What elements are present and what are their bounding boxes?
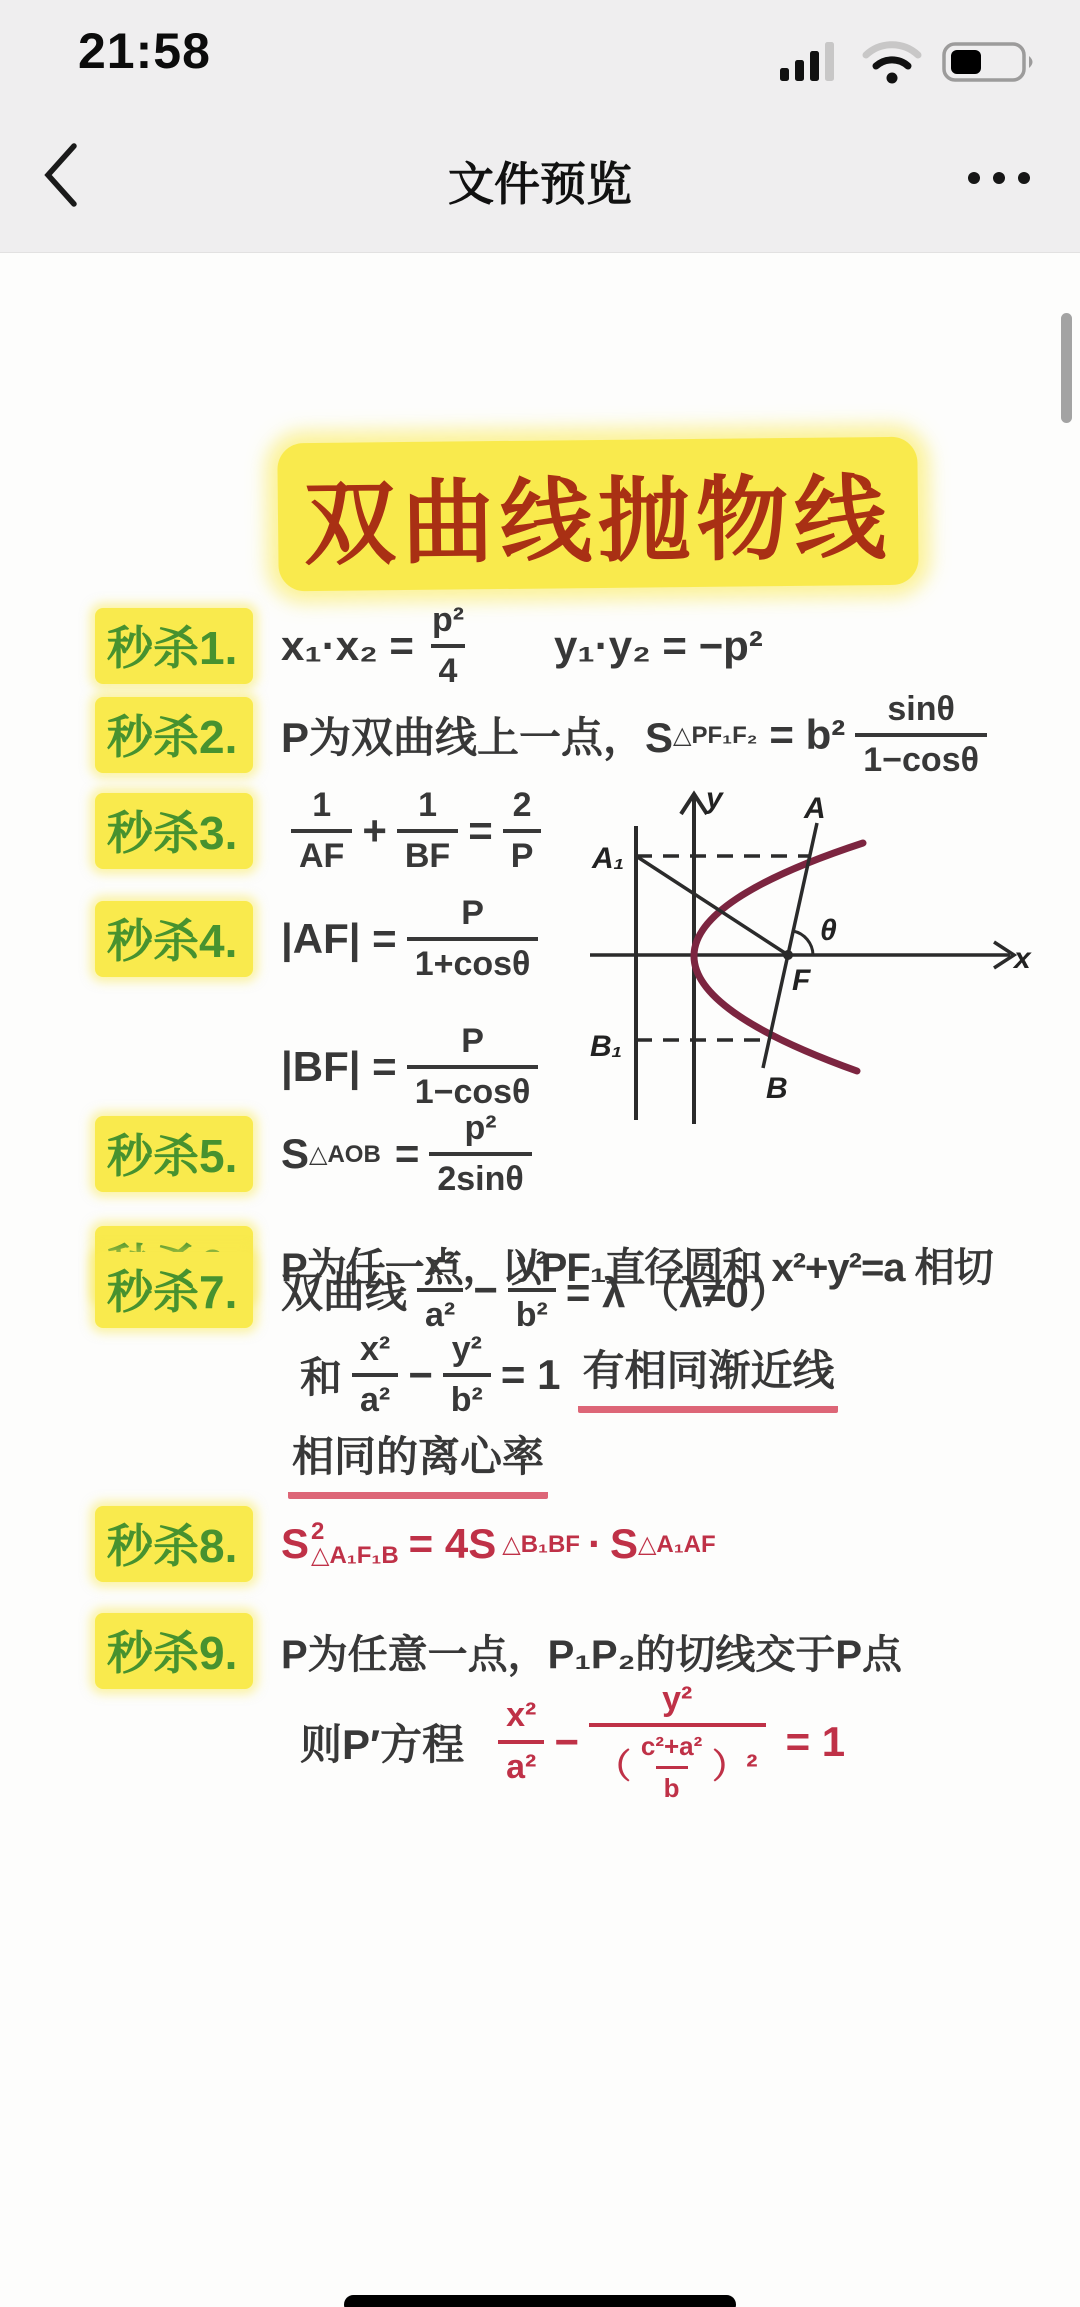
formula-text: = b²: [769, 711, 845, 759]
item-label: 秒杀2.: [95, 697, 253, 773]
red-formula: x² a² − y² （ c²+a² b ）²: [488, 1681, 845, 1803]
item-label: 秒杀9.: [95, 1613, 253, 1689]
formula-text: 和: [300, 1345, 342, 1405]
item-label: 秒杀7.: [95, 1252, 253, 1328]
formula-text: |AF| =: [281, 915, 397, 963]
subscript: △B₁BF: [502, 1530, 580, 1559]
note-row-4: 秒杀4. |AF| = P 1+cosθ: [95, 895, 548, 984]
note-row-9b: 则P′方程 x² a² − y² （ c²+a² b: [300, 1681, 845, 1803]
parabola-curve: [694, 843, 863, 1071]
note-image: 双曲线抛物线 秒杀1. x₁·x₂ = p² 4 y₁·y₂ = −p² 秒杀2…: [0, 254, 1080, 2307]
note-title: 双曲线抛物线: [277, 437, 919, 592]
fraction: 1 AF: [291, 787, 352, 876]
operator: −: [554, 1718, 579, 1766]
fraction: 1 BF: [397, 787, 458, 876]
item-label: 秒杀5.: [95, 1116, 253, 1192]
formula-text: |BF| =: [281, 1043, 397, 1091]
formula-text: S: [281, 1130, 309, 1178]
more-button[interactable]: [968, 172, 1030, 184]
fraction: x² a²: [498, 1697, 544, 1786]
formula-text: = λ （λ≠0）: [566, 1260, 791, 1320]
formula-text: 双曲线: [281, 1260, 407, 1320]
fraction: x² a²: [417, 1246, 463, 1335]
formula-text: S: [610, 1520, 638, 1568]
formula-text: = 1: [501, 1351, 561, 1399]
file-preview-content: 双曲线抛物线 秒杀1. x₁·x₂ = p² 4 y₁·y₂ = −p² 秒杀2…: [0, 254, 1080, 2307]
fraction: y² b²: [508, 1246, 556, 1335]
label-y-axis: y: [704, 782, 724, 815]
underlined-text: 有相同渐近线: [578, 1338, 838, 1413]
wifi-icon: [862, 40, 922, 84]
phone-screen: 21:58 文件预览: [0, 0, 1080, 2307]
home-indicator[interactable]: [344, 2295, 736, 2307]
fraction: y² b²: [443, 1331, 491, 1420]
fraction: sinθ 1−cosθ: [855, 691, 987, 780]
formula-text: P为任意一点，P₁P₂的切线交于P点: [281, 1623, 902, 1680]
label-f: F: [792, 964, 811, 997]
fraction: P 1+cosθ: [407, 895, 539, 984]
page-title: 文件预览: [0, 148, 1080, 214]
operator: +: [362, 807, 387, 855]
fraction: p² 4: [424, 602, 472, 691]
item-label: 秒杀4.: [95, 901, 253, 977]
fraction: P 1−cosθ: [407, 1023, 539, 1112]
note-row-8: 秒杀8. S 2 △A₁F₁B = 4S△B₁BF · S△A₁AF: [95, 1506, 716, 1582]
operator: −: [473, 1266, 498, 1314]
formula-text: = 1: [786, 1718, 846, 1766]
nested-denominator: （ c²+a² b ）²: [589, 1723, 766, 1802]
note-row-4b: |BF| = P 1−cosθ: [281, 1023, 548, 1112]
focus-point: [783, 950, 793, 960]
note-row-7b: 和 x² a² − y² b² = 1 有相同渐近线: [300, 1331, 838, 1420]
note-row-5: 秒杀5. S△AOB = p² 2sinθ: [95, 1110, 542, 1199]
formula-text: x₁·x₂ =: [281, 622, 414, 670]
label-x-axis: x: [1012, 942, 1032, 975]
fraction: p² 2sinθ: [429, 1110, 531, 1199]
item-label: 秒杀8.: [95, 1506, 253, 1582]
note-row-3: 秒杀3. 1 AF + 1 BF = 2 P: [95, 787, 551, 876]
line-a1-f: [636, 856, 788, 955]
note-row-9: 秒杀9. P为任意一点，P₁P₂的切线交于P点: [95, 1613, 902, 1689]
operator: ·: [588, 1520, 602, 1568]
subscript: △A₁AF: [638, 1530, 716, 1559]
label-a1: A₁: [591, 842, 624, 875]
parabola-diagram: A₁ A B₁ B F θ y x: [582, 768, 1034, 1130]
note-row-7: 秒杀7. 双曲线 x² a² − y² b² = λ （λ≠0）: [95, 1246, 791, 1335]
label-a: A: [803, 792, 826, 825]
subscript: △AOB: [309, 1140, 381, 1169]
underlined-text: 相同的离心率: [288, 1424, 548, 1499]
operator: =: [468, 807, 493, 855]
ellipsis-dot: [993, 172, 1005, 184]
operator: −: [408, 1351, 433, 1399]
note-row-7c: 相同的离心率: [288, 1424, 548, 1499]
fraction: 2 P: [503, 787, 542, 876]
note-row-2: 秒杀2. P为双曲线上一点，S△PF₁F₂ = b² sinθ 1−cosθ: [95, 691, 997, 780]
label-b: B: [766, 1072, 788, 1105]
fraction: x² a²: [352, 1331, 398, 1420]
status-time: 21:58: [78, 22, 211, 80]
label-b1: B₁: [590, 1030, 622, 1063]
sup-sub-stack: 2 △A₁F₁B: [311, 1520, 399, 1568]
formula-text: 则P′方程: [300, 1712, 464, 1772]
angle-arc: [793, 931, 813, 955]
note-row-1: 秒杀1. x₁·x₂ = p² 4 y₁·y₂ = −p²: [95, 602, 763, 691]
subscript: △PF₁F₂: [673, 721, 757, 750]
battery-icon: [942, 40, 1038, 84]
signal-icon: [778, 40, 842, 84]
formula-text: S: [281, 1520, 309, 1568]
fraction: y² （ c²+a² b ）²: [589, 1681, 766, 1803]
label-theta: θ: [820, 914, 837, 947]
item-label: 秒杀1.: [95, 608, 253, 684]
item-label: 秒杀3.: [95, 793, 253, 869]
header: 21:58 文件预览: [0, 0, 1080, 253]
status-icons: [778, 40, 1038, 84]
formula-text: y₁·y₂ = −p²: [554, 622, 763, 670]
inner-fraction: c²+a² b: [633, 1732, 710, 1802]
formula-text: = 4S: [409, 1520, 497, 1568]
operator: =: [395, 1130, 420, 1178]
formula-text: P为双曲线上一点，S: [281, 705, 673, 765]
ellipsis-dot: [968, 172, 980, 184]
ellipsis-dot: [1018, 172, 1030, 184]
